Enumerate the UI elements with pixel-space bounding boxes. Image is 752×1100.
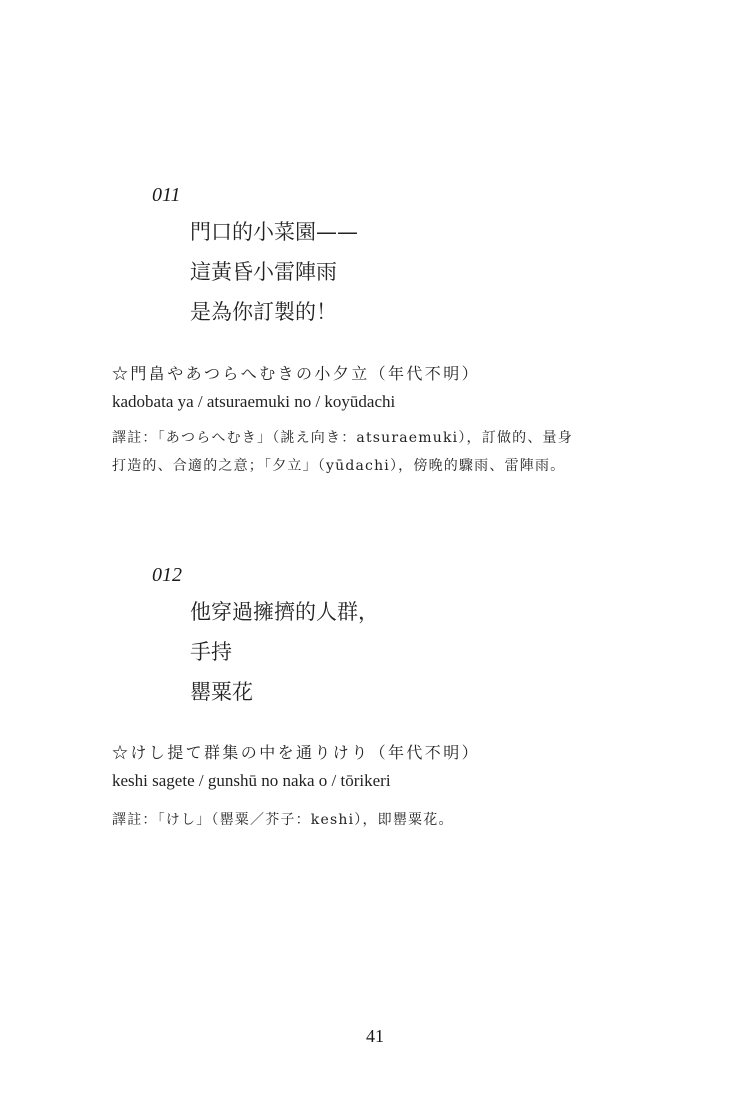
note-line: 譯註：「けし」（罌粟／芥子：keshi），即罌粟花。 (112, 806, 454, 834)
poem-translation: 門口的小菜園—— 這黃昏小雷陣雨 是為你訂製的！ (190, 212, 358, 332)
page-number: 41 (366, 1026, 384, 1047)
poem-line: 手持 (190, 632, 379, 672)
translator-note: 譯註：「けし」（罌粟／芥子：keshi），即罌粟花。 (112, 806, 454, 834)
poem-line: 是為你訂製的！ (190, 292, 358, 332)
original-haiku: ☆門畠やあつらへむきの小夕立（年代不明） (112, 361, 480, 384)
poem-translation: 他穿過擁擠的人群， 手持 罌粟花 (190, 592, 379, 712)
note-line: 譯註：「あつらへむき」（誂え向き：atsuraemuki），訂做的、量身 (112, 424, 573, 452)
original-haiku: ☆けし提て群集の中を通りけり（年代不明） (112, 740, 480, 763)
entry-number: 011 (152, 184, 181, 207)
poem-line: 他穿過擁擠的人群， (190, 592, 379, 632)
romanization: keshi sagete / gunshū no naka o / tōrike… (112, 771, 391, 791)
poem-line: 這黃昏小雷陣雨 (190, 252, 358, 292)
note-line: 打造的、合適的之意；「夕立」（yūdachi），傍晚的驟雨、雷陣雨。 (112, 452, 573, 480)
poem-line: 門口的小菜園—— (190, 212, 358, 252)
entry-number: 012 (152, 564, 182, 587)
poem-line: 罌粟花 (190, 672, 379, 712)
romanization: kadobata ya / atsuraemuki no / koyūdachi (112, 392, 395, 412)
translator-note: 譯註：「あつらへむき」（誂え向き：atsuraemuki），訂做的、量身 打造的… (112, 424, 573, 480)
